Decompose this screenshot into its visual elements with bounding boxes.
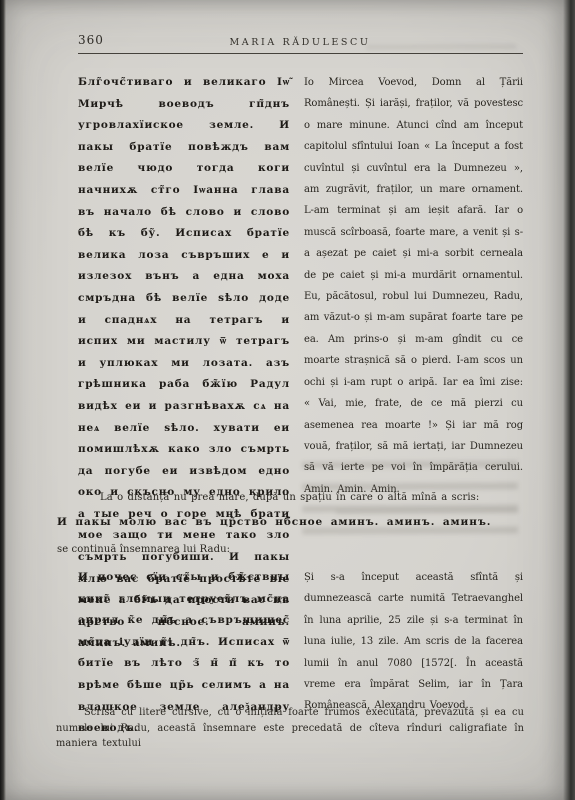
page-left-edge-shadow [0, 0, 6, 800]
running-head: MARIA RĂDULESCU [78, 37, 522, 48]
book-page: 360 MARIA RĂDULESCU Блг̃очс̃тиваго и вел… [0, 0, 575, 800]
romanian-column-lower: Și s-a început această sfîntă și dumneze… [304, 567, 523, 717]
page-right-edge-shadow [563, 0, 575, 800]
footnote: Scrisă cu litere cursive, cu o inițială … [56, 705, 524, 752]
continuation-note: se continuă însemnarea lui Radu: [57, 544, 502, 555]
interlude-note: La o distanță nu prea mare, după un spaț… [78, 492, 523, 503]
interlude-slavonic-line: И пакы молю вас въ цр̃ство нб̃сное аминъ… [57, 516, 527, 528]
header-rule [78, 53, 523, 54]
romanian-column-upper: Io Mircea Voevod, Domn al Țării Româneșt… [304, 72, 523, 500]
